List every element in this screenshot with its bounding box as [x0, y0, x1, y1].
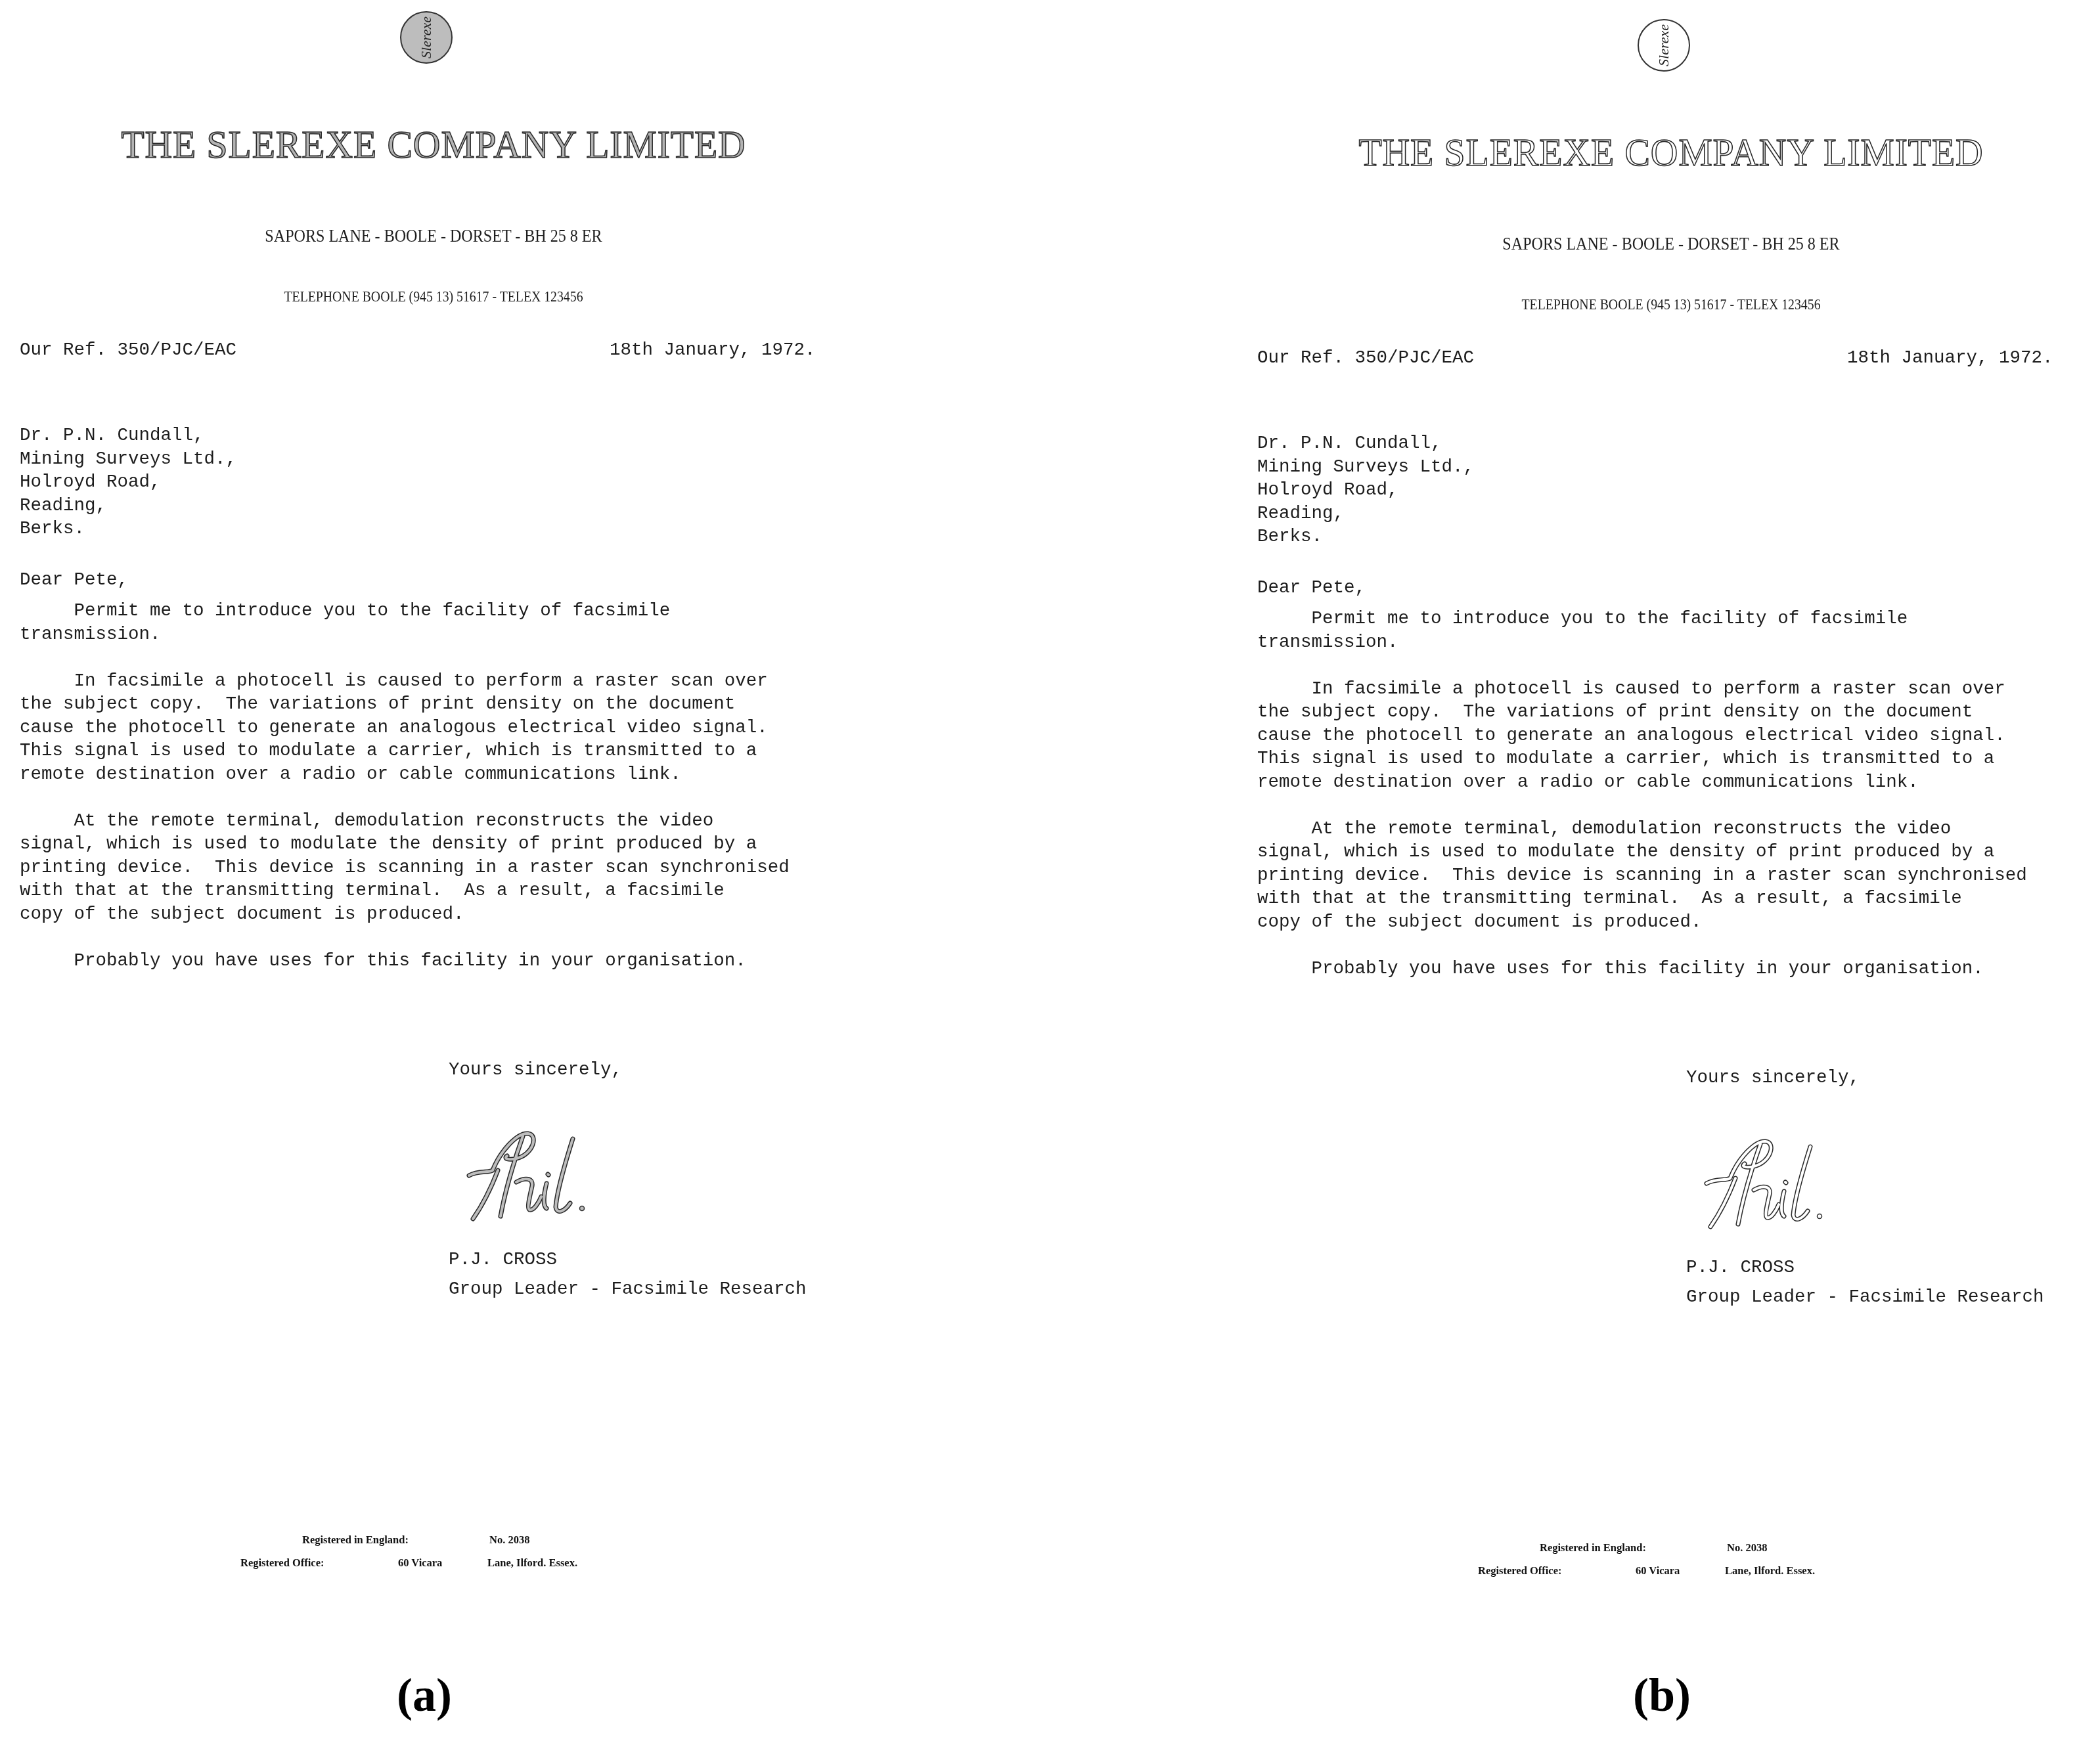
company-name: THE SLEREXE COMPANY LIMITED: [17, 122, 849, 167]
letter-date: 18th January, 1972.: [610, 339, 816, 363]
caption-b: (b): [1633, 1668, 1691, 1723]
signature-phil: [1697, 1132, 1848, 1231]
company-logo-icon: Slerexe: [1638, 19, 1690, 72]
signer-name: P.J. CROSS: [449, 1248, 557, 1272]
footer-registered-number: No. 2038: [489, 1533, 529, 1547]
closing: Yours sincerely,: [1686, 1067, 1860, 1090]
salutation: Dear Pete,: [1257, 577, 1366, 600]
panel-b-outline: Slerexe THE SLEREXE COMPANY LIMITED SAPO…: [1238, 8, 2100, 1676]
caption-a: (a): [397, 1668, 452, 1723]
footer-office-label: Registered Office:: [1478, 1564, 1562, 1577]
closing: Yours sincerely,: [449, 1059, 622, 1082]
salutation: Dear Pete,: [20, 569, 128, 592]
company-telephone: TELEPHONE BOOLE (945 13) 51617 - TELEX 1…: [1298, 296, 2044, 313]
company-address: SAPORS LANE - BOOLE - DORSET - BH 25 8 E…: [60, 226, 806, 247]
panel-a-original: Slerexe THE SLEREXE COMPANY LIMITED SAPO…: [0, 0, 867, 1668]
company-logo-icon: Slerexe: [400, 11, 453, 64]
footer-office-value-b: Lane, Ilford. Essex.: [1725, 1564, 1815, 1577]
footer-office-value-a: 60 Vicara: [1636, 1564, 1680, 1577]
footer-office-value-b: Lane, Ilford. Essex.: [487, 1556, 577, 1570]
footer-office-label: Registered Office:: [240, 1556, 324, 1570]
footer-registered-label: Registered in England:: [1540, 1541, 1646, 1554]
signer-name: P.J. CROSS: [1686, 1256, 1795, 1280]
signer-title: Group Leader - Facsimile Research: [449, 1278, 807, 1302]
letter-body: Permit me to introduce you to the facili…: [1257, 607, 2027, 981]
signature-phil: [460, 1124, 611, 1223]
recipient-address: Dr. P.N. Cundall, Mining Surveys Ltd., H…: [1257, 432, 1474, 549]
footer-registered-number: No. 2038: [1727, 1541, 1767, 1554]
reference-line: Our Ref. 350/PJC/EAC: [20, 339, 236, 363]
letter-body: Permit me to introduce you to the facili…: [20, 600, 790, 973]
footer-registered-label: Registered in England:: [302, 1533, 409, 1547]
company-telephone: TELEPHONE BOOLE (945 13) 51617 - TELEX 1…: [60, 288, 806, 305]
reference-line: Our Ref. 350/PJC/EAC: [1257, 347, 1474, 370]
company-address: SAPORS LANE - BOOLE - DORSET - BH 25 8 E…: [1298, 234, 2044, 255]
letter-date: 18th January, 1972.: [1847, 347, 2053, 370]
footer-office-value-a: 60 Vicara: [398, 1556, 442, 1570]
recipient-address: Dr. P.N. Cundall, Mining Surveys Ltd., H…: [20, 424, 236, 541]
logo-text: Slerexe: [1655, 24, 1672, 66]
company-name: THE SLEREXE COMPANY LIMITED: [1255, 130, 2087, 175]
logo-text: Slerexe: [418, 16, 435, 58]
signer-title: Group Leader - Facsimile Research: [1686, 1286, 2044, 1310]
